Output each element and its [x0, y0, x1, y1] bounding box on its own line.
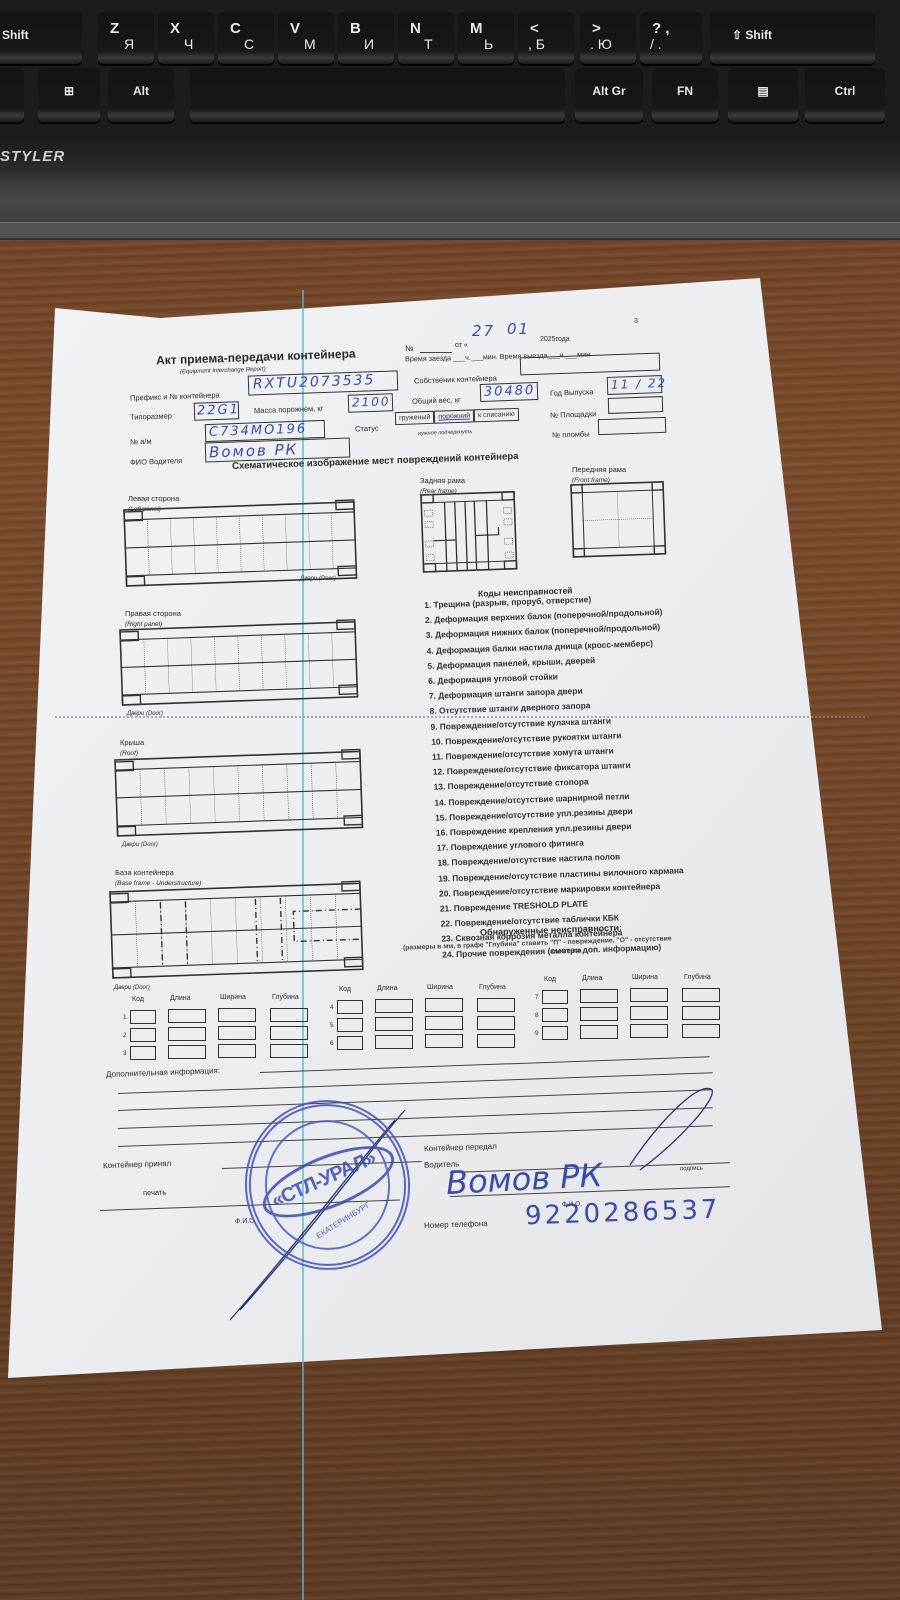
damage-depth-field[interactable] — [682, 988, 720, 1002]
signature-label: подпись — [680, 1166, 703, 1173]
damage-length-field[interactable] — [375, 1035, 413, 1049]
damage-width-field[interactable] — [630, 1024, 668, 1038]
damage-code-field[interactable] — [130, 1028, 156, 1042]
damage-depth-field[interactable] — [477, 1016, 515, 1030]
damage-depth-field[interactable] — [682, 1024, 720, 1038]
damage-code-field[interactable] — [337, 1036, 363, 1050]
damage-column-header: Ширина — [220, 994, 246, 1001]
damage-length-field[interactable] — [375, 999, 413, 1013]
damage-column-header: Длина — [170, 995, 191, 1002]
damage-row-number: 4 — [330, 1004, 334, 1011]
damage-column-header: Длина — [582, 975, 603, 982]
damage-depth-field[interactable] — [270, 1044, 308, 1058]
damage-code-field[interactable] — [542, 990, 568, 1004]
found-note-2: элемента — [550, 947, 582, 955]
damage-column-header: Код — [339, 986, 351, 993]
damage-column-header: Код — [544, 976, 556, 983]
damage-row-number: 5 — [330, 1022, 334, 1029]
damage-length-field[interactable] — [580, 989, 618, 1003]
damage-width-field[interactable] — [425, 1034, 463, 1048]
damage-width-field[interactable] — [630, 988, 668, 1002]
damage-width-field[interactable] — [425, 1016, 463, 1030]
damage-code-field[interactable] — [542, 1026, 568, 1040]
damage-length-field[interactable] — [168, 1027, 206, 1041]
damage-depth-field[interactable] — [477, 998, 515, 1012]
damage-code-field[interactable] — [337, 1000, 363, 1014]
damage-width-field[interactable] — [425, 998, 463, 1012]
damage-column-header: Ширина — [632, 974, 658, 981]
damage-width-field[interactable] — [630, 1006, 668, 1020]
damage-row-number: 6 — [330, 1040, 334, 1047]
damage-length-field[interactable] — [375, 1017, 413, 1031]
damage-row-number: 9 — [535, 1030, 539, 1037]
damage-depth-field[interactable] — [270, 1008, 308, 1022]
damage-length-field[interactable] — [168, 1009, 206, 1023]
damage-depth-field[interactable] — [477, 1034, 515, 1048]
damage-length-field[interactable] — [580, 1007, 618, 1021]
damage-column-header: Глубина — [272, 994, 299, 1001]
damage-column-header: Ширина — [427, 984, 453, 991]
damage-depth-field[interactable] — [682, 1006, 720, 1020]
damage-code-field[interactable] — [337, 1018, 363, 1032]
damage-row-number: 1 — [123, 1014, 127, 1021]
damage-codes-list: 1. Трещина (разрыв, проруб, отверстие)2.… — [424, 589, 687, 962]
damage-code-field[interactable] — [542, 1008, 568, 1022]
damage-width-field[interactable] — [218, 1026, 256, 1040]
damage-row-number: 3 — [123, 1050, 127, 1057]
damage-code-field[interactable] — [130, 1010, 156, 1024]
damage-code-field[interactable] — [130, 1046, 156, 1060]
damage-column-header: Код — [132, 996, 144, 1003]
damage-column-header: Глубина — [684, 974, 711, 981]
damage-length-field[interactable] — [580, 1025, 618, 1039]
damage-row-number: 2 — [123, 1032, 127, 1039]
damage-column-header: Глубина — [479, 984, 506, 991]
damage-width-field[interactable] — [218, 1008, 256, 1022]
damage-row-number: 8 — [535, 1012, 539, 1019]
damage-length-field[interactable] — [168, 1045, 206, 1059]
damage-row-number: 7 — [535, 994, 539, 1001]
damage-depth-field[interactable] — [270, 1026, 308, 1040]
stamp-label: печать — [143, 1188, 167, 1198]
damage-column-header: Длина — [377, 985, 398, 992]
damage-width-field[interactable] — [218, 1044, 256, 1058]
